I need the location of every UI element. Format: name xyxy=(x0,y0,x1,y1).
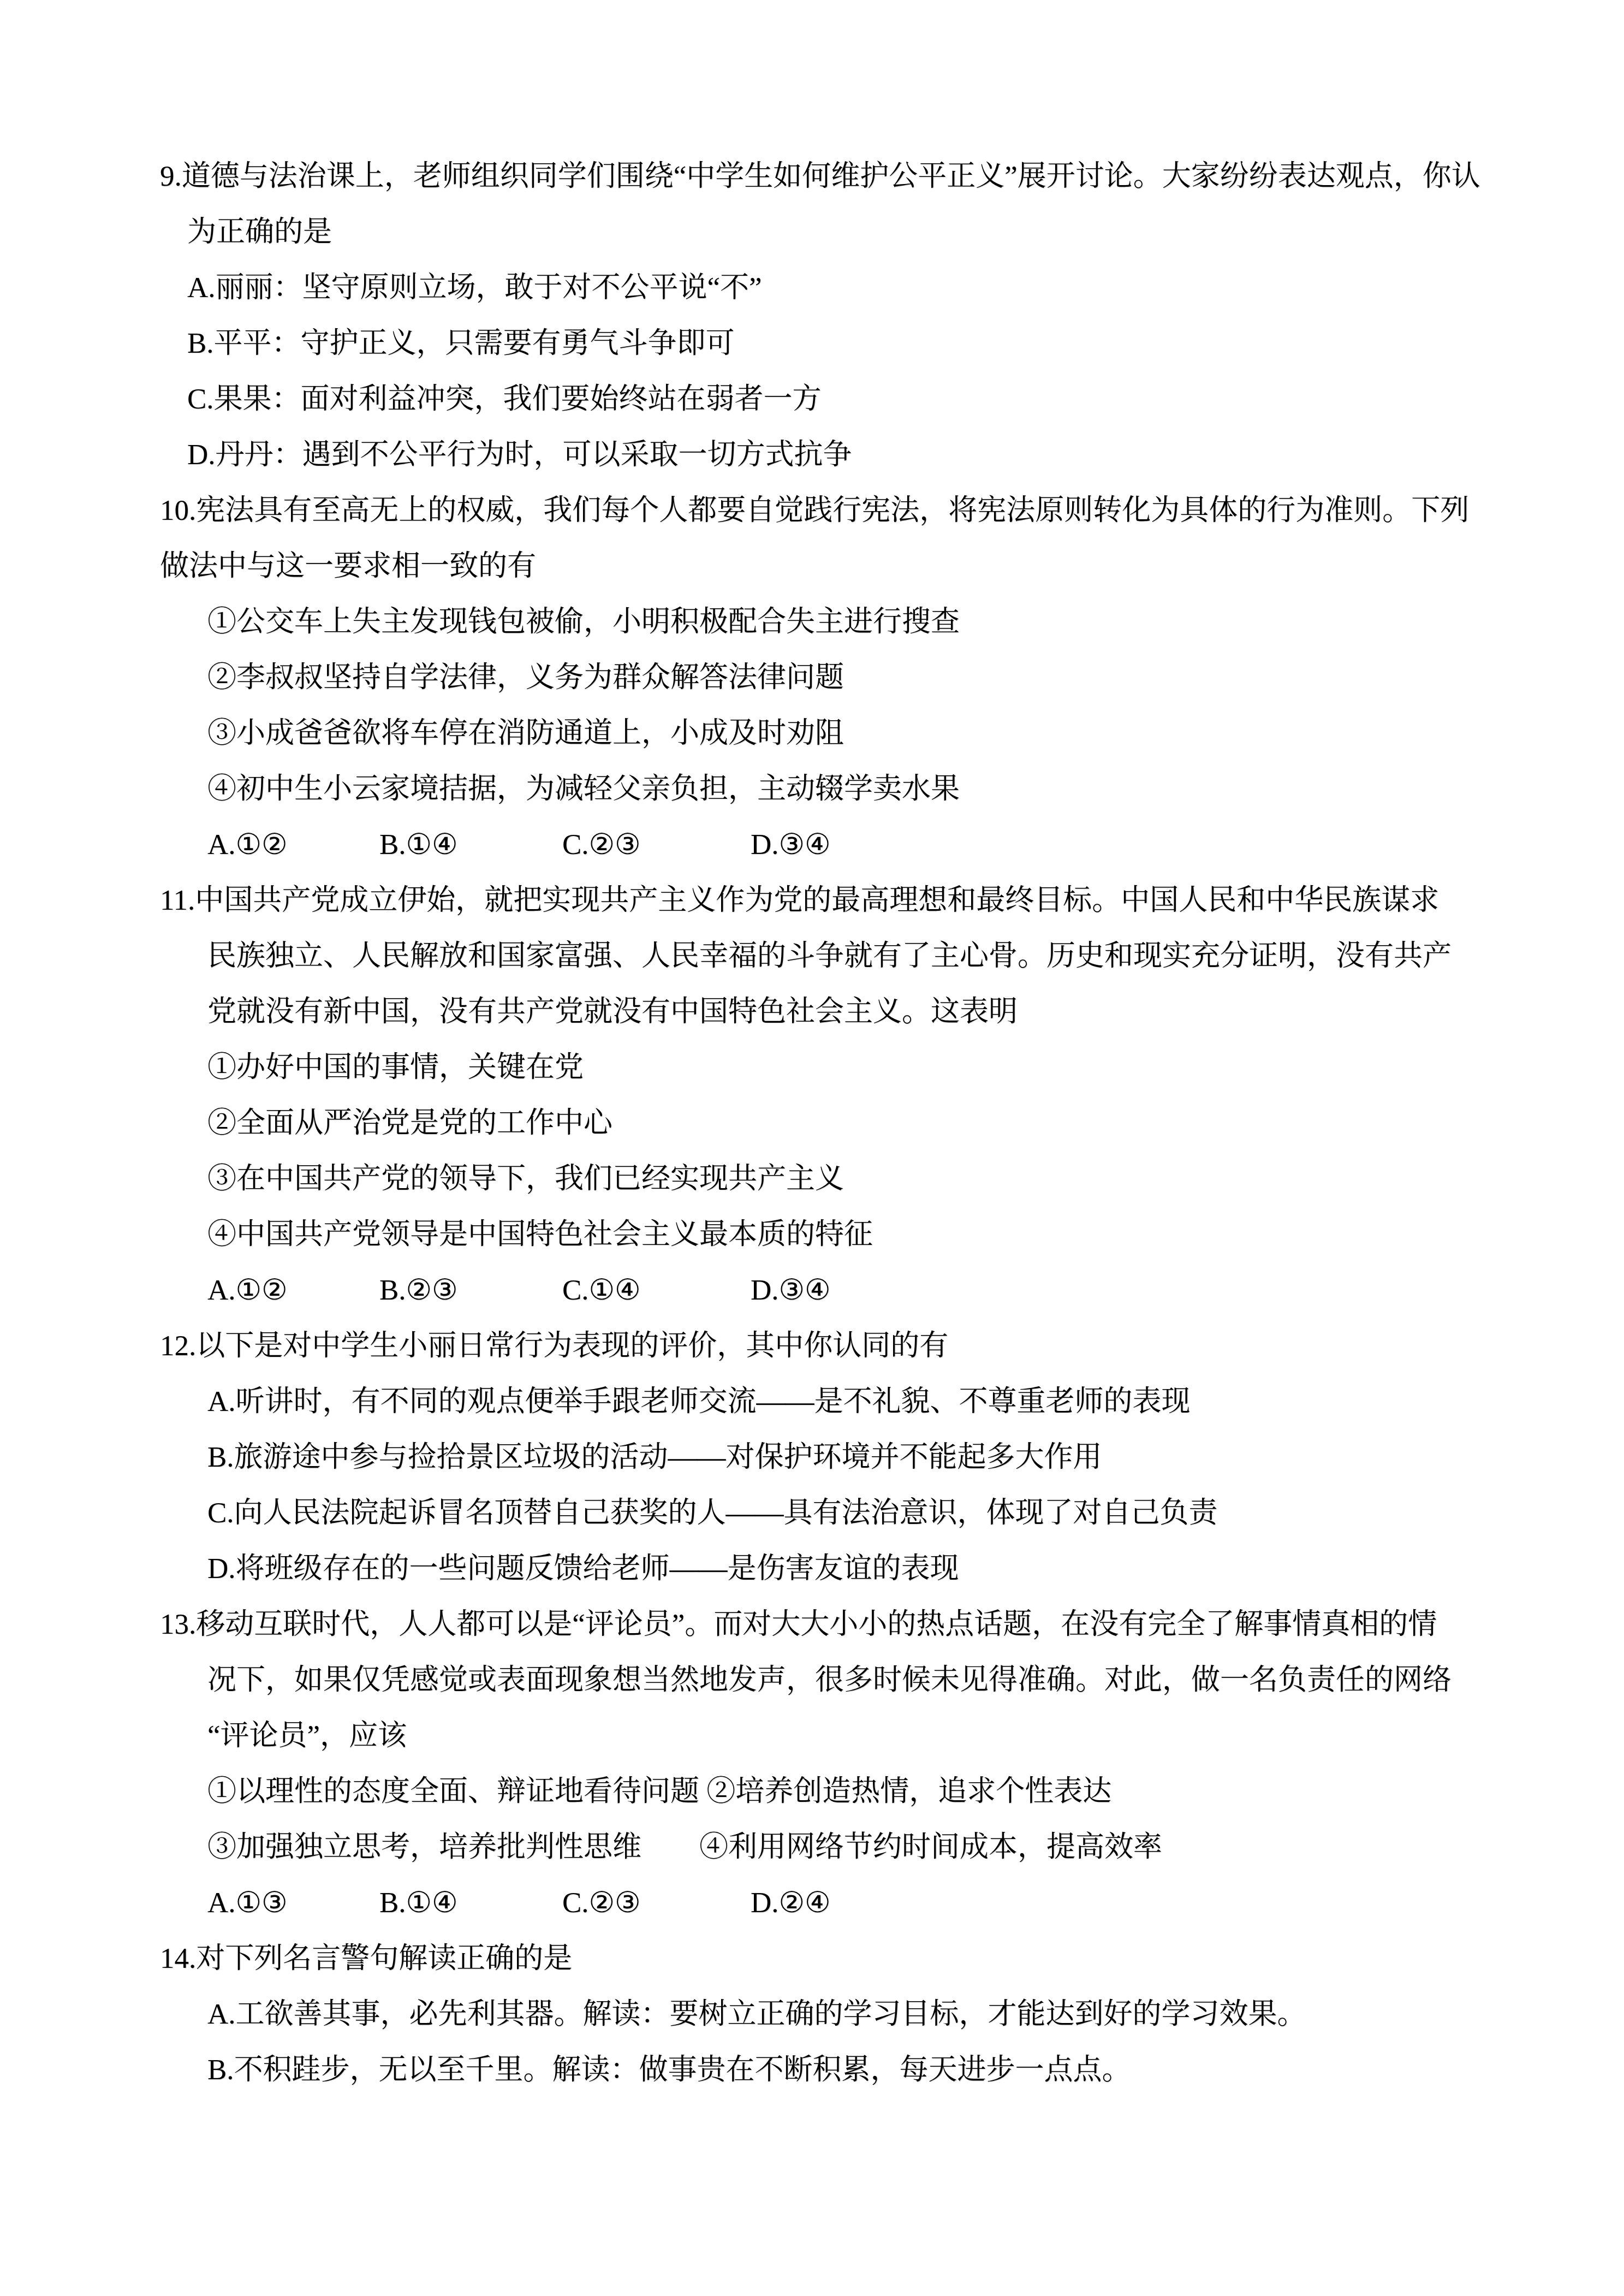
question-13-answer-d: D.②④ xyxy=(751,1875,831,1931)
question-13-items-line-2: ③加强独立思考，培养批判性思维 ④利用网络节约时间成本，提高效率 xyxy=(160,1819,1503,1875)
question-13-answer-row: A.①③B.①④C.②③D.②④ xyxy=(160,1875,1503,1931)
question-9-stem-line-1: 9.道德与法治课上，老师组织同学们围绕“中学生如何维护公平正义”展开讨论。大家纷… xyxy=(160,149,1503,204)
question-11-item-2: ②全面从严治党是党的工作中心 xyxy=(160,1095,1503,1151)
question-10-item-3: ③小成爸爸欲将车停在消防通道上，小成及时劝阻 xyxy=(160,705,1503,761)
question-11-stem-line-3: 党就没有新中国，没有共产党就没有中国特色社会主义。这表明 xyxy=(160,984,1503,1040)
question-9-option-c: C.果果：面对利益冲突，我们要始终站在弱者一方 xyxy=(160,371,1503,427)
question-13-answer-a: A.①③ xyxy=(207,1875,379,1931)
question-12-option-a: A.听讲时，有不同的观点便举手跟老师交流——是不礼貌、不尊重老师的表现 xyxy=(160,1374,1503,1429)
document-page: 9.道德与法治课上，老师组织同学们围绕“中学生如何维护公平正义”展开讨论。大家纷… xyxy=(0,0,1624,2296)
question-11-answer-d: D.③④ xyxy=(751,1262,831,1318)
question-10-stem-line-1: 10.宪法具有至高无上的权威，我们每个人都要自觉践行宪法，将宪法原则转化为具体的… xyxy=(160,483,1503,538)
question-14-option-b: B.不积跬步，无以至千里。解读：做事贵在不断积累，每天进步一点点。 xyxy=(160,2042,1503,2098)
question-11-answer-c: C.①④ xyxy=(562,1262,751,1318)
question-10-item-1: ①公交车上失主发现钱包被偷，小明积极配合失主进行搜查 xyxy=(160,594,1503,650)
question-14-stem-line-1: 14.对下列名言警句解读正确的是 xyxy=(160,1931,1503,1986)
question-11-item-3: ③在中国共产党的领导下，我们已经实现共产主义 xyxy=(160,1151,1503,1207)
question-9-option-b: B.平平：守护正义，只需要有勇气斗争即可 xyxy=(160,316,1503,371)
question-12-stem-line-1: 12.以下是对中学生小丽日常行为表现的评价，其中你认同的有 xyxy=(160,1318,1503,1374)
question-13-stem-line-3: “评论员”，应该 xyxy=(160,1708,1503,1764)
question-10-item-2: ②李叔叔坚持自学法律，义务为群众解答法律问题 xyxy=(160,650,1503,705)
question-11-stem-line-1: 11.中国共产党成立伊始，就把实现共产主义作为党的最高理想和最终目标。中国人民和… xyxy=(160,873,1503,928)
question-9-option-a: A.丽丽：坚守原则立场，敢于对不公平说“不” xyxy=(160,260,1503,316)
question-14-option-a: A.工欲善其事，必先利其器。解读：要树立正确的学习目标，才能达到好的学习效果。 xyxy=(160,1986,1503,2042)
question-9-stem-line-2: 为正确的是 xyxy=(160,204,1503,260)
question-9-option-d: D.丹丹：遇到不公平行为时，可以采取一切方式抗争 xyxy=(160,427,1503,483)
question-11-answer-a: A.①② xyxy=(207,1262,379,1318)
question-13-stem-line-1: 13.移动互联时代，人人都可以是“评论员”。而对大大小小的热点话题，在没有完全了… xyxy=(160,1597,1503,1652)
question-13-items-line-1: ①以理性的态度全面、辩证地看待问题 ②培养创造热情，追求个性表达 xyxy=(160,1764,1503,1819)
question-10-answer-b: B.①④ xyxy=(379,817,562,873)
question-11-answer-row: A.①②B.②③C.①④D.③④ xyxy=(160,1262,1503,1318)
question-10-answer-row: A.①②B.①④C.②③D.③④ xyxy=(160,817,1503,873)
question-11-item-4: ④中国共产党领导是中国特色社会主义最本质的特征 xyxy=(160,1207,1503,1262)
question-10-stem-line-2: 做法中与这一要求相一致的有 xyxy=(160,538,1503,594)
question-13-answer-b: B.①④ xyxy=(379,1875,562,1931)
question-10-answer-d: D.③④ xyxy=(751,817,831,873)
question-10-answer-a: A.①② xyxy=(207,817,379,873)
question-10-answer-c: C.②③ xyxy=(562,817,751,873)
question-12-option-b: B.旅游途中参与捡拾景区垃圾的活动——对保护环境并不能起多大作用 xyxy=(160,1429,1503,1485)
question-13-stem-line-2: 况下，如果仅凭感觉或表面现象想当然地发声，很多时候未见得准确。对此，做一名负责任… xyxy=(160,1652,1503,1708)
question-11-item-1: ①办好中国的事情，关键在党 xyxy=(160,1040,1503,1095)
question-11-stem-line-2: 民族独立、人民解放和国家富强、人民幸福的斗争就有了主心骨。历史和现实充分证明，没… xyxy=(160,928,1503,984)
question-10-item-4: ④初中生小云家境拮据，为减轻父亲负担，主动辍学卖水果 xyxy=(160,761,1503,817)
exam-text-block: 9.道德与法治课上，老师组织同学们围绕“中学生如何维护公平正义”展开讨论。大家纷… xyxy=(160,149,1503,2098)
question-11-answer-b: B.②③ xyxy=(379,1262,562,1318)
question-12-option-c: C.向人民法院起诉冒名顶替自己获奖的人——具有法治意识，体现了对自己负责 xyxy=(160,1485,1503,1541)
question-13-answer-c: C.②③ xyxy=(562,1875,751,1931)
question-12-option-d: D.将班级存在的一些问题反馈给老师——是伤害友谊的表现 xyxy=(160,1541,1503,1597)
